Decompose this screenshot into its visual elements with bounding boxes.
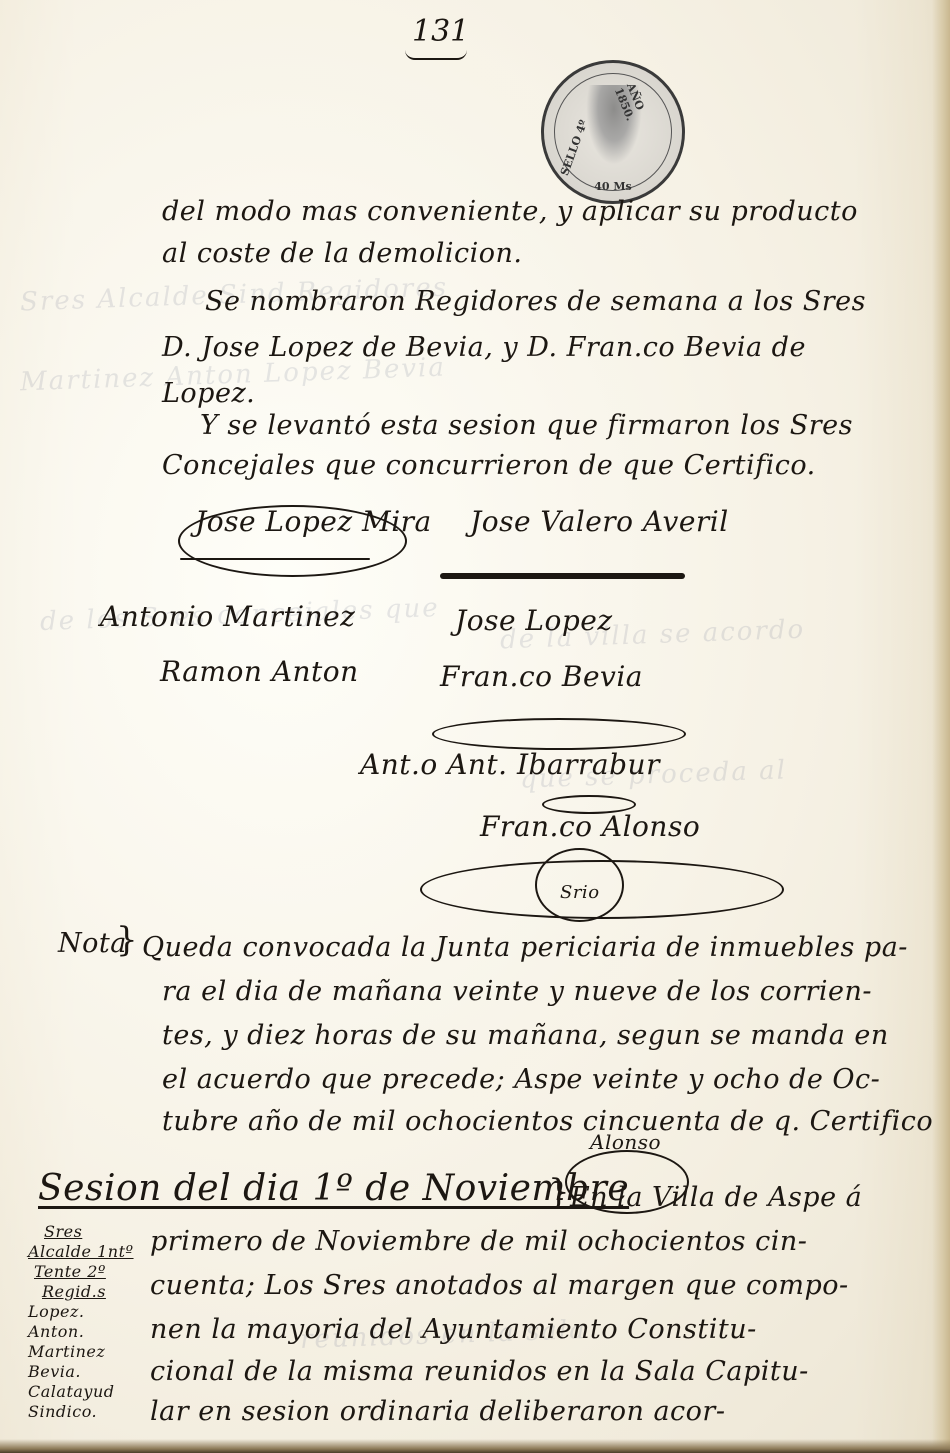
margin-name: Martinez [28, 1342, 134, 1362]
session-heading: Sesion del dia 1º de Noviembre [38, 1168, 629, 1209]
tax-seal-stamp: SELLO 4º AÑO 1850. 40 Ms [541, 60, 685, 204]
margin-role: Tente 2º [28, 1262, 134, 1282]
margin-name: Calatayud [28, 1382, 134, 1402]
session-line: cional de la misma reunidos en la Sala C… [150, 1356, 809, 1387]
body-line: al coste de la demolicion. [162, 238, 523, 269]
margin-name: Sindico. [28, 1402, 134, 1422]
page-number: 131 [412, 14, 469, 49]
signature: Ant.o Ant. Ibarrabur [360, 748, 660, 781]
signature: Fran.co Bevia [440, 660, 643, 693]
body-line: Y se levantó esta sesion que firmaron lo… [200, 410, 853, 441]
body-line: Lopez. [162, 378, 255, 409]
margin-name: Lopez. [28, 1302, 134, 1322]
signature: Antonio Martinez [100, 600, 355, 633]
body-line: Concejales que concurrieron de que Certi… [162, 450, 816, 481]
nota-line: tes, y diez horas de su mañana, segun se… [162, 1020, 889, 1051]
session-line: primero de Noviembre de mil ochocientos … [150, 1226, 807, 1257]
signature-stroke [440, 573, 685, 579]
margin-name: Anton. [28, 1322, 134, 1342]
signature: Jose Lopez [455, 604, 613, 637]
margin-name: Bevia. [28, 1362, 134, 1382]
page-number-underline [405, 50, 467, 60]
body-line: del modo mas conveniente, y aplicar su p… [162, 196, 858, 227]
session-line: nen la mayoria del Ayuntamiento Constitu… [150, 1314, 757, 1345]
signature-stroke [180, 558, 370, 560]
session-line: cuenta; Los Sres anotados al margen que … [150, 1270, 849, 1301]
margin-role: Regid.s [28, 1282, 134, 1302]
signature-flourish [178, 505, 407, 577]
manuscript-page: Sres Alcalde Sind Regidores Martinez Ant… [0, 0, 950, 1453]
brace-icon: } [116, 920, 138, 960]
nota-line: ra el dia de mañana veinte y nueve de lo… [162, 976, 872, 1007]
margin-title: Sres [28, 1222, 134, 1242]
nota-line: el acuerdo que precede; Aspe veinte y oc… [162, 1064, 880, 1095]
signature: Ramon Anton [160, 655, 359, 688]
nota-line: Queda convocada la Junta periciaria de i… [142, 932, 908, 963]
body-line: D. Jose Lopez de Bevia, y D. Fran.co Bev… [162, 332, 806, 363]
margin-attendance-list: Sres Alcalde 1ntº Tente 2º Regid.s Lopez… [28, 1222, 134, 1422]
signature: Srio [560, 882, 600, 903]
nota-line: tubre año de mil ochocientos cincuenta d… [162, 1106, 933, 1137]
brace-icon: } [548, 1172, 570, 1212]
stamp-value: 40 Ms [544, 180, 682, 193]
margin-role: Alcalde 1ntº [28, 1242, 134, 1262]
signature-flourish [432, 718, 686, 750]
page-edge-bottom [0, 1439, 950, 1453]
session-line: lar en sesion ordinaria deliberaron acor… [150, 1396, 725, 1427]
body-line: Se nombraron Regidores de semana a los S… [205, 286, 866, 317]
signature: Jose Valero Averil [470, 505, 729, 538]
signature: Fran.co Alonso [480, 810, 700, 843]
session-line: En la Villa de Aspe á [570, 1182, 862, 1213]
page-edge-right [932, 0, 950, 1453]
